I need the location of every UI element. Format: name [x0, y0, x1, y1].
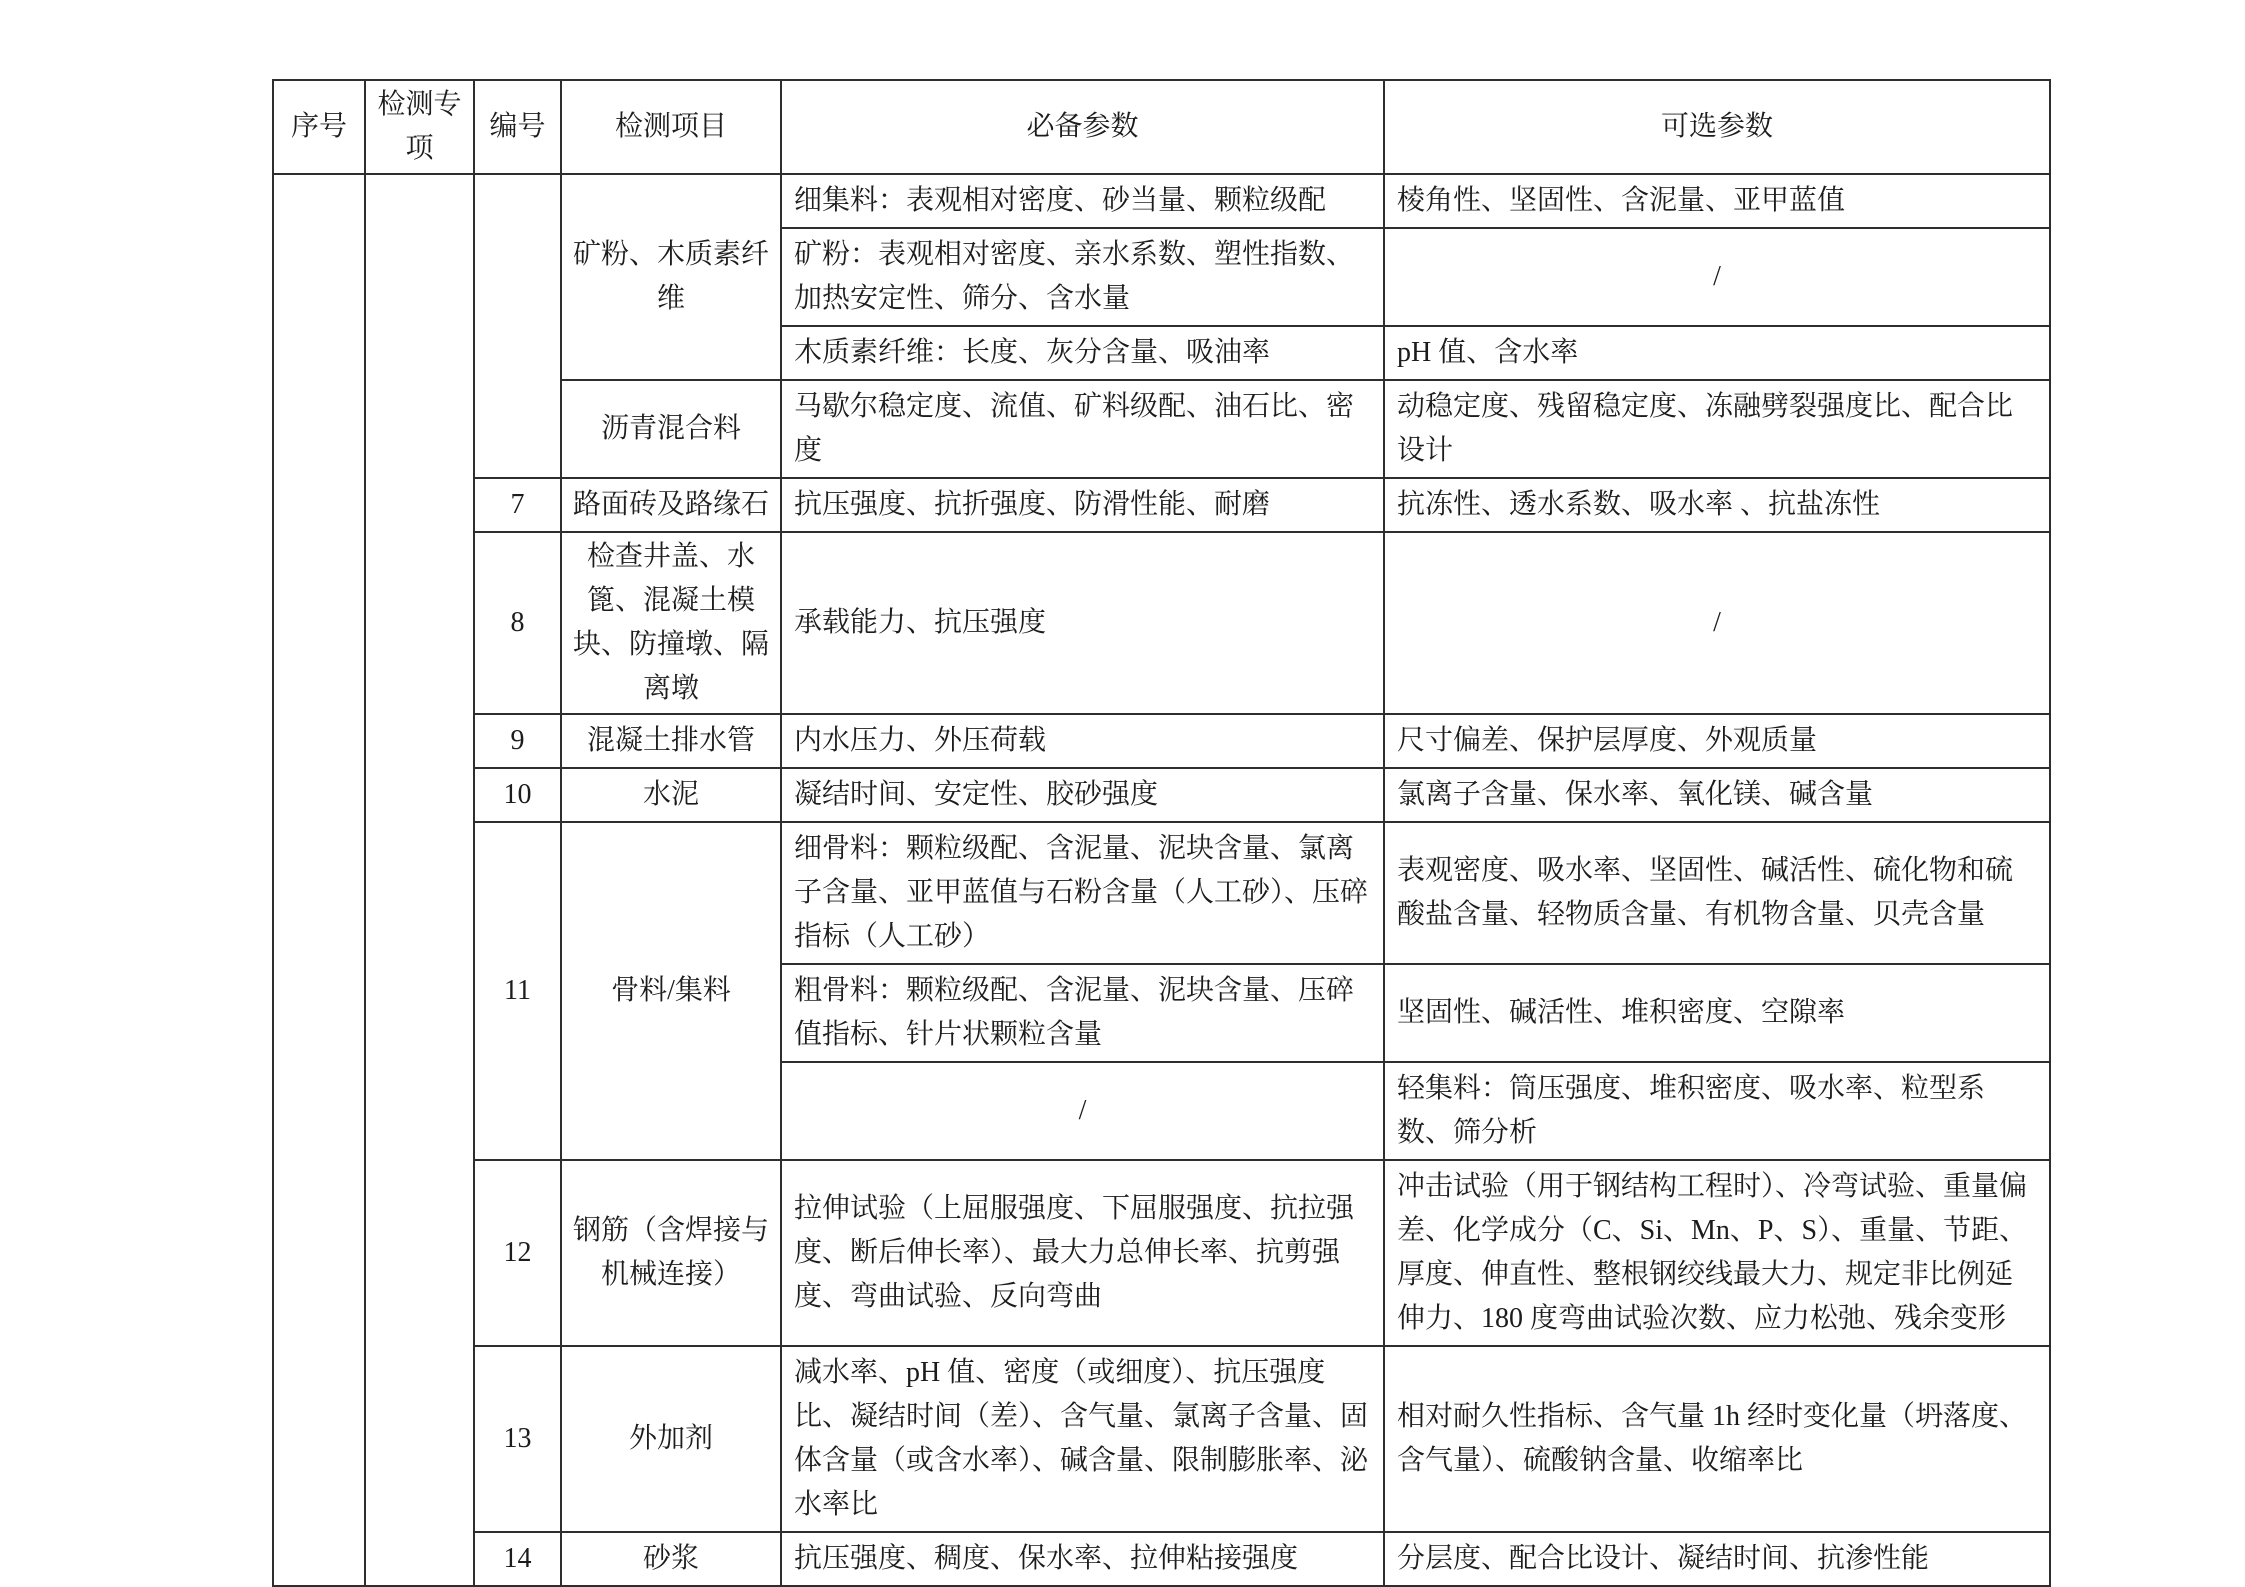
required-params-cell: 承载能力、抗压强度 — [781, 532, 1384, 714]
table-row: 12 钢筋（含焊接与机械连接） 拉伸试验（上屈服强度、下屈服强度、抗拉强度、断后… — [273, 1160, 2050, 1346]
code-cell: 12 — [474, 1160, 561, 1346]
required-params-cell: 抗压强度、抗折强度、防滑性能、耐磨 — [781, 478, 1384, 532]
serial-empty-cell — [273, 174, 365, 1586]
table-header-row: 序号 检测专项 编号 检测项目 必备参数 可选参数 — [273, 80, 2050, 174]
code-cell: 7 — [474, 478, 561, 532]
optional-params-cell: 轻集料：筒压强度、堆积密度、吸水率、粒型系数、筛分析 — [1384, 1062, 2050, 1160]
table-row: 10 水泥 凝结时间、安定性、胶砂强度 氯离子含量、保水率、氧化镁、碱含量 — [273, 768, 2050, 822]
header-item: 检测项目 — [561, 80, 781, 174]
required-params-cell: 马歇尔稳定度、流值、矿料级配、油石比、密度 — [781, 380, 1384, 478]
test-parameters-table: 序号 检测专项 编号 检测项目 必备参数 可选参数 矿粉、木质素纤维 细集料：表… — [272, 79, 2051, 1587]
optional-params-cell: 尺寸偏差、保护层厚度、外观质量 — [1384, 714, 2050, 768]
code-empty-cell — [474, 174, 561, 478]
required-params-cell: 减水率、pH 值、密度（或细度）、抗压强度比、凝结时间（差）、含气量、氯离子含量… — [781, 1346, 1384, 1532]
required-params-cell: 矿粉：表观相对密度、亲水系数、塑性指数、加热安定性、筛分、含水量 — [781, 228, 1384, 326]
item-cell: 钢筋（含焊接与机械连接） — [561, 1160, 781, 1346]
item-cell: 骨料/集料 — [561, 822, 781, 1160]
code-cell: 9 — [474, 714, 561, 768]
optional-params-cell: 氯离子含量、保水率、氧化镁、碱含量 — [1384, 768, 2050, 822]
item-cell: 检查井盖、水篦、混凝土模块、防撞墩、隔离墩 — [561, 532, 781, 714]
code-cell: 10 — [474, 768, 561, 822]
table-row: 矿粉、木质素纤维 细集料：表观相对密度、砂当量、颗粒级配 棱角性、坚固性、含泥量… — [273, 174, 2050, 228]
required-params-cell: 木质素纤维：长度、灰分含量、吸油率 — [781, 326, 1384, 380]
item-cell: 混凝土排水管 — [561, 714, 781, 768]
optional-params-cell: / — [1384, 532, 2050, 714]
optional-params-cell: 抗冻性、透水系数、吸水率 、抗盐冻性 — [1384, 478, 2050, 532]
optional-params-cell: 动稳定度、残留稳定度、冻融劈裂强度比、配合比设计 — [1384, 380, 2050, 478]
header-optional-params: 可选参数 — [1384, 80, 2050, 174]
optional-params-cell: 相对耐久性指标、含气量 1h 经时变化量（坍落度、含气量）、硫酸钠含量、收缩率比 — [1384, 1346, 2050, 1532]
item-cell: 沥青混合料 — [561, 380, 781, 478]
required-params-cell: 细集料：表观相对密度、砂当量、颗粒级配 — [781, 174, 1384, 228]
code-cell: 8 — [474, 532, 561, 714]
table-row: 11 骨料/集料 细骨料：颗粒级配、含泥量、泥块含量、氯离子含量、亚甲蓝值与石粉… — [273, 822, 2050, 964]
required-params-cell: 细骨料：颗粒级配、含泥量、泥块含量、氯离子含量、亚甲蓝值与石粉含量（人工砂）、压… — [781, 822, 1384, 964]
optional-params-cell: / — [1384, 228, 2050, 326]
required-params-cell: 内水压力、外压荷载 — [781, 714, 1384, 768]
required-params-cell: 凝结时间、安定性、胶砂强度 — [781, 768, 1384, 822]
code-cell: 11 — [474, 822, 561, 1160]
header-special: 检测专项 — [365, 80, 474, 174]
required-params-cell: 拉伸试验（上屈服强度、下屈服强度、抗拉强度、断后伸长率）、最大力总伸长率、抗剪强… — [781, 1160, 1384, 1346]
optional-params-cell: 冲击试验（用于钢结构工程时）、冷弯试验、重量偏差、化学成分（C、Si、Mn、P、… — [1384, 1160, 2050, 1346]
table-row: 8 检查井盖、水篦、混凝土模块、防撞墩、隔离墩 承载能力、抗压强度 / — [273, 532, 2050, 714]
item-cell: 外加剂 — [561, 1346, 781, 1532]
table-row: 14 砂浆 抗压强度、稠度、保水率、拉伸粘接强度 分层度、配合比设计、凝结时间、… — [273, 1532, 2050, 1586]
required-params-cell: 粗骨料：颗粒级配、含泥量、泥块含量、压碎值指标、针片状颗粒含量 — [781, 964, 1384, 1062]
item-cell: 矿粉、木质素纤维 — [561, 174, 781, 380]
special-empty-cell — [365, 174, 474, 1586]
header-code: 编号 — [474, 80, 561, 174]
optional-params-cell: 棱角性、坚固性、含泥量、亚甲蓝值 — [1384, 174, 2050, 228]
item-cell: 砂浆 — [561, 1532, 781, 1586]
optional-params-cell: 分层度、配合比设计、凝结时间、抗渗性能 — [1384, 1532, 2050, 1586]
code-cell: 14 — [474, 1532, 561, 1586]
required-params-cell: / — [781, 1062, 1384, 1160]
table-row: 7 路面砖及路缘石 抗压强度、抗折强度、防滑性能、耐磨 抗冻性、透水系数、吸水率… — [273, 478, 2050, 532]
optional-params-cell: 坚固性、碱活性、堆积密度、空隙率 — [1384, 964, 2050, 1062]
table-row: 13 外加剂 减水率、pH 值、密度（或细度）、抗压强度比、凝结时间（差）、含气… — [273, 1346, 2050, 1532]
header-required-params: 必备参数 — [781, 80, 1384, 174]
code-cell: 13 — [474, 1346, 561, 1532]
item-cell: 路面砖及路缘石 — [561, 478, 781, 532]
header-serial: 序号 — [273, 80, 365, 174]
optional-params-cell: 表观密度、吸水率、坚固性、碱活性、硫化物和硫酸盐含量、轻物质含量、有机物含量、贝… — [1384, 822, 2050, 964]
required-params-cell: 抗压强度、稠度、保水率、拉伸粘接强度 — [781, 1532, 1384, 1586]
table-row: 9 混凝土排水管 内水压力、外压荷载 尺寸偏差、保护层厚度、外观质量 — [273, 714, 2050, 768]
optional-params-cell: pH 值、含水率 — [1384, 326, 2050, 380]
item-cell: 水泥 — [561, 768, 781, 822]
